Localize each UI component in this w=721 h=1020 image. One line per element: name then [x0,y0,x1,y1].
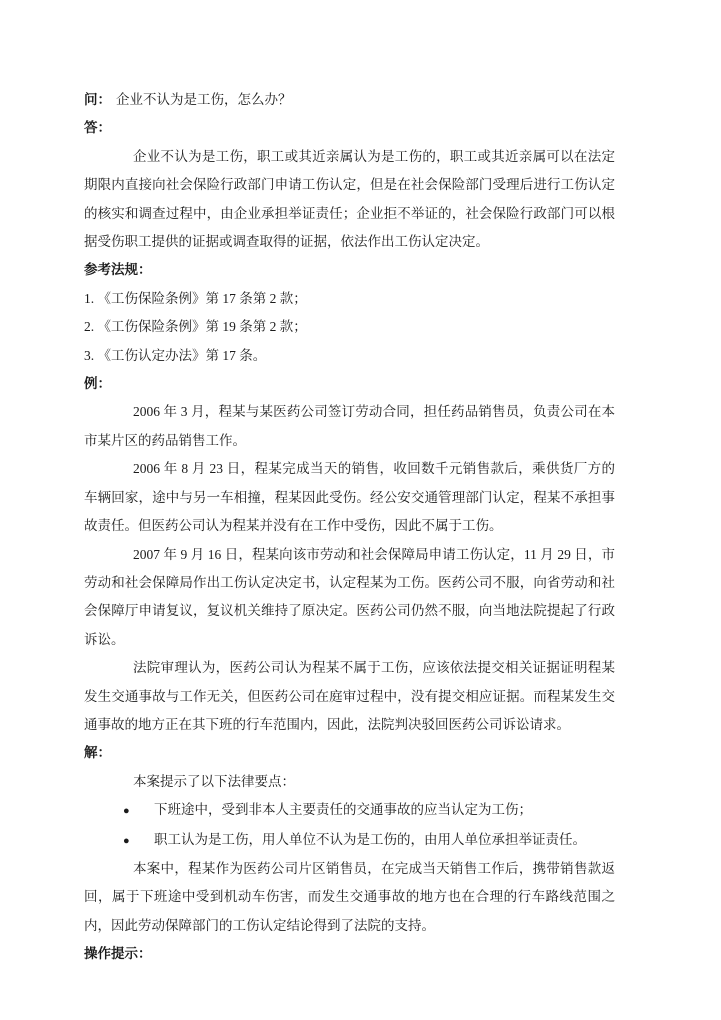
answer-paragraph: 企业不认为是工伤，职工或其近亲属认为是工伤的，职工或其近亲属可以在法定期限内直接… [84,143,615,257]
reference-item-1: 1. 《工伤保险条例》第 17 条第 2 款； [84,285,615,313]
key-point-text: 下班途中，受到非本人主要责任的交通事故的应当认定为工伤； [154,796,615,824]
answer-label: 答： [84,114,615,142]
reference-item-2: 2. 《工伤保险条例》第 19 条第 2 款； [84,313,615,341]
solution-analysis: 本案中，程某作为医药公司片区销售员，在完成当天销售工作后，携带销售款返回，属于下… [84,855,615,940]
question-text: 企业不认为是工伤，怎么办？ [116,92,292,107]
key-point-text: 职工认为是工伤，用人单位不认为是工伤的，由用人单位承担举证责任。 [154,826,615,854]
references-label: 参考法规： [84,256,615,284]
example-paragraph-1: 2006 年 3 月，程某与某医药公司签订劳动合同，担任药品销售员，负责公司在本… [84,398,615,455]
question-label: 问： [84,92,111,107]
document-page: 问：企业不认为是工伤，怎么办？ 答： 企业不认为是工伤，职工或其近亲属认为是工伤… [0,0,721,1020]
example-label: 例： [84,370,615,398]
example-paragraph-3: 2007 年 9 月 16 日，程某向该市劳动和社会保障局申请工伤认定，11 月… [84,541,615,655]
solution-label: 解： [84,739,615,767]
question-line: 问：企业不认为是工伤，怎么办？ [84,86,615,114]
example-paragraph-4: 法院审理认为，医药公司认为程某不属于工伤，应该依法提交相关证据证明程某发生交通事… [84,654,615,739]
operation-label: 操作提示： [84,940,615,968]
example-paragraph-2: 2006 年 8 月 23 日，程某完成当天的销售，收回数千元销售款后，乘供货厂… [84,455,615,540]
bullet-icon: ● [123,827,154,855]
key-point-item: ● 职工认为是工伤，用人单位不认为是工伤的，由用人单位承担举证责任。 [84,826,615,855]
reference-item-3: 3. 《工伤认定办法》第 17 条。 [84,342,615,370]
key-point-item: ● 下班途中，受到非本人主要责任的交通事故的应当认定为工伤； [84,796,615,825]
solution-intro: 本案提示了以下法律要点： [84,768,615,796]
bullet-icon: ● [123,797,154,825]
